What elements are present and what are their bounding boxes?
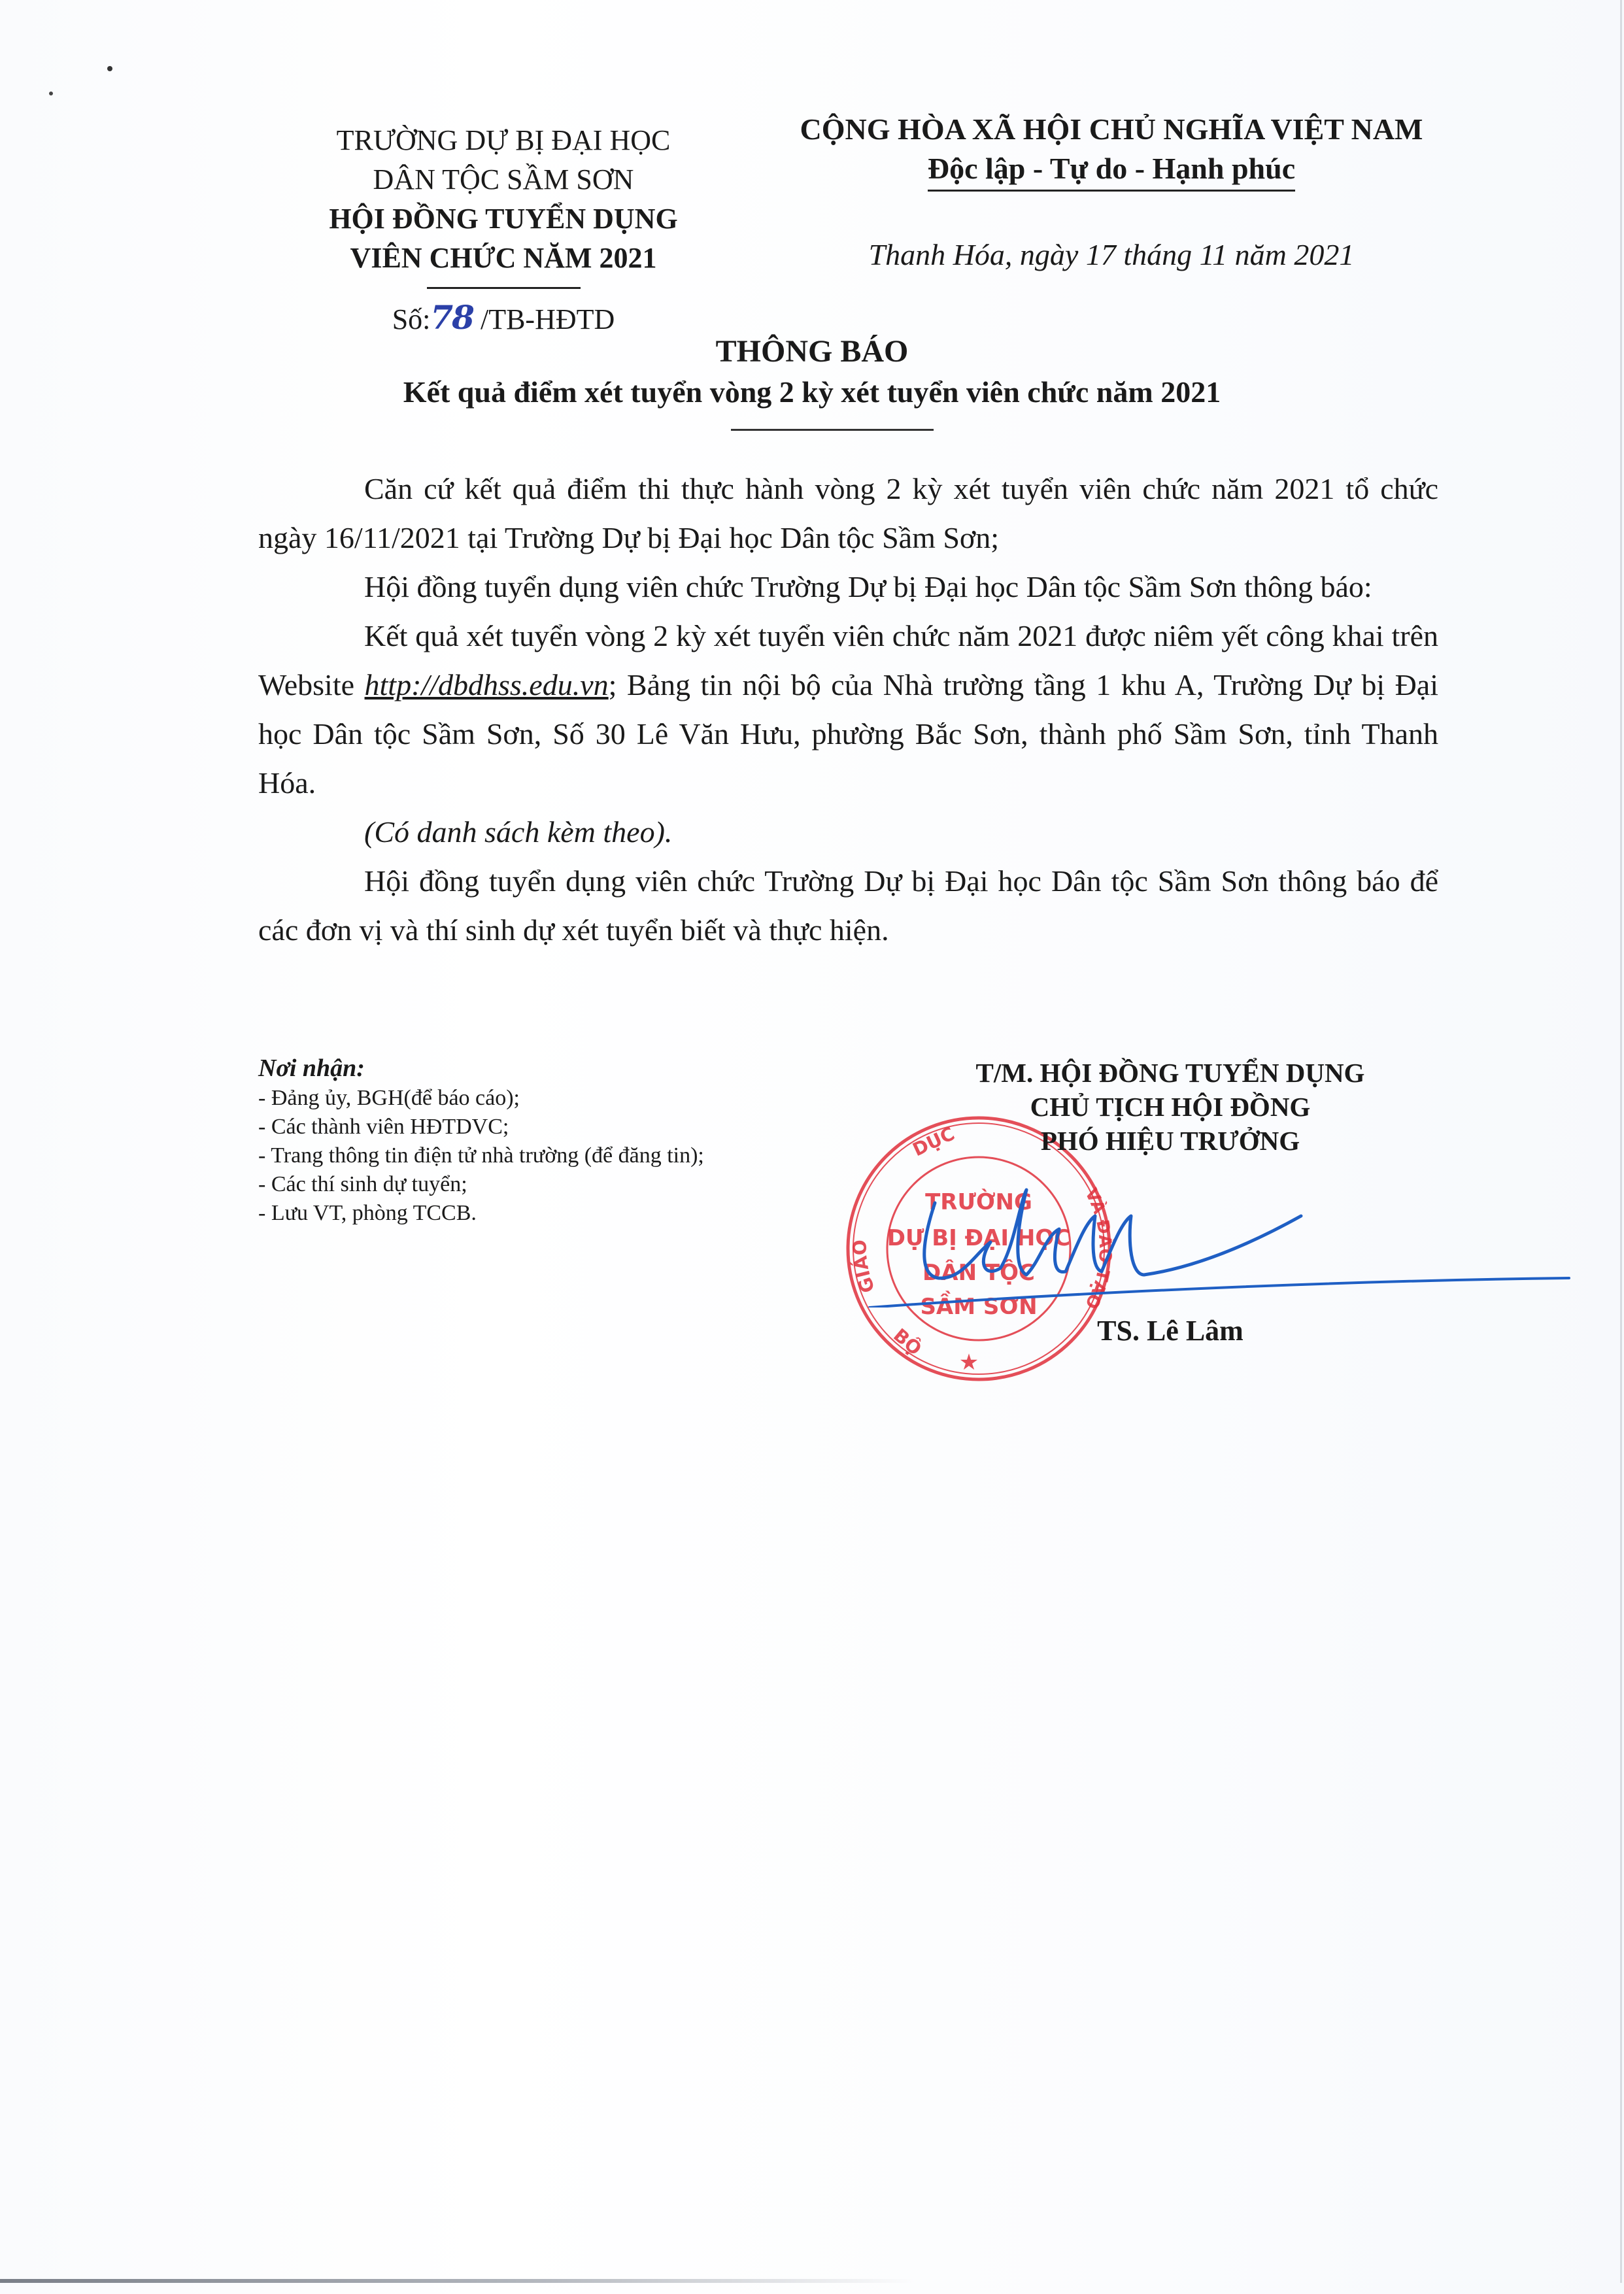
- recipient-item: - Các thí sinh dự tuyển;: [258, 1170, 847, 1199]
- signature-block: T/M. HỘI ĐỒNG TUYỂN DỤNG CHỦ TỊCH HỘI ĐỒ…: [870, 1056, 1471, 1158]
- svg-text:★: ★: [959, 1349, 979, 1375]
- nation-title: CỘNG HÒA XÃ HỘI CHỦ NGHĨA VIỆT NAM: [768, 110, 1455, 149]
- signer-role-1: CHỦ TỊCH HỘI ĐỒNG: [870, 1090, 1471, 1124]
- document-heading: THÔNG BÁO: [0, 332, 1624, 371]
- recipient-item: - Các thành viên HĐTDVC;: [258, 1113, 847, 1141]
- recipient-item: - Lưu VT, phòng TCCB.: [258, 1199, 847, 1228]
- body-paragraph-3: Kết quả xét tuyển vòng 2 kỳ xét tuyển vi…: [258, 611, 1438, 807]
- council-name-line2: VIÊN CHỨC NĂM 2021: [281, 239, 726, 278]
- header-divider: [427, 287, 581, 289]
- recipients-title: Nơi nhận:: [258, 1054, 847, 1083]
- number-prefix: Số:: [392, 303, 431, 335]
- body-paragraph-2: Hội đồng tuyển dụng viên chức Trường Dự …: [258, 562, 1438, 611]
- document-subtitle: Kết quả điểm xét tuyển vòng 2 kỳ xét tuy…: [0, 373, 1624, 412]
- number-suffix: /TB-HĐTD: [473, 303, 615, 335]
- council-name-line1: HỘI ĐỒNG TUYỂN DỤNG: [281, 199, 726, 239]
- on-behalf-of: T/M. HỘI ĐỒNG TUYỂN DỤNG: [870, 1056, 1471, 1090]
- national-motto: Độc lập - Tự do - Hạnh phúc: [928, 149, 1295, 192]
- document-body: Căn cứ kết quả điểm thi thực hành vòng 2…: [258, 464, 1438, 954]
- signer-name: TS. Lê Lâm: [870, 1314, 1471, 1347]
- recipients-block: Nơi nhận: - Đảng ủy, BGH(để báo cáo); - …: [258, 1054, 847, 1228]
- subtitle-underline: [731, 429, 934, 431]
- handwritten-number: 78: [430, 298, 473, 337]
- org-name-line1: TRƯỜNG DỰ BỊ ĐẠI HỌC: [281, 121, 726, 160]
- issuing-authority-block: TRƯỜNG DỰ BỊ ĐẠI HỌC DÂN TỘC SẦM SƠN HỘI…: [281, 121, 726, 339]
- attachment-note: (Có danh sách kèm theo).: [258, 807, 1438, 856]
- signer-role-2: PHÓ HIỆU TRƯỞNG: [870, 1124, 1471, 1158]
- scan-specks: [46, 62, 118, 101]
- place-and-date: Thanh Hóa, ngày 17 tháng 11 năm 2021: [768, 237, 1455, 272]
- national-header-block: CỘNG HÒA XÃ HỘI CHỦ NGHĨA VIỆT NAM Độc l…: [768, 110, 1455, 272]
- org-name-line2: DÂN TỘC SẦM SƠN: [281, 160, 726, 199]
- scan-edge-bottom: [0, 2279, 915, 2283]
- recipient-item: - Trang thông tin điện tử nhà trường (để…: [258, 1141, 847, 1170]
- website-link[interactable]: http://dbdhss.edu.vn: [365, 668, 609, 701]
- recipient-item: - Đảng ủy, BGH(để báo cáo);: [258, 1084, 847, 1113]
- body-paragraph-1: Căn cứ kết quả điểm thi thực hành vòng 2…: [258, 464, 1438, 562]
- body-paragraph-5: Hội đồng tuyển dụng viên chức Trường Dự …: [258, 856, 1438, 954]
- handwritten-signature: [850, 1164, 1576, 1307]
